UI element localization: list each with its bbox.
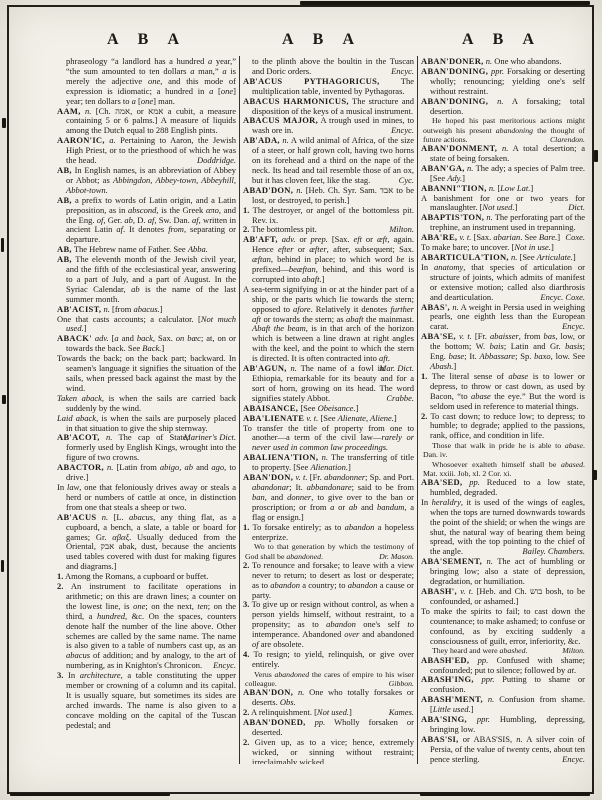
paragraph: 1. The destroyer, or angel of the bottom…: [243, 206, 414, 226]
headword: ABA'SING,: [421, 714, 467, 724]
scan-artifact: [10, 793, 170, 796]
headword: ABAN'DONMENT,: [421, 143, 497, 153]
entry-paragraph: AB'ACUS n. [L. abacus, any thing flat, a…: [57, 513, 236, 572]
entry-paragraph: ABAN'DONING, ppr. Forsaking or deserting…: [421, 67, 585, 97]
headword: ABAN'DONED,: [243, 717, 306, 727]
entry-paragraph: ABAN'DON, v. t. [Fr. abandonner; Sp. and…: [243, 473, 414, 523]
column-1: phraseology “a landlord has a hundred a …: [57, 57, 236, 764]
headword: AB,: [57, 195, 72, 205]
dictionary-page: A B A A B A A B A phraseology “a landlor…: [0, 0, 602, 800]
scan-artifact: [300, 1, 590, 5]
paragraph: To make the spirits to fail; to cast dow…: [421, 607, 585, 647]
paragraph: To transfer the title of property from o…: [243, 424, 414, 454]
entry-paragraph: ABALIENA'TION, n. The transferring of ti…: [243, 453, 414, 473]
entry-paragraph: ABAS'SI, or ABAS'SIS, n. A silver coin o…: [421, 735, 585, 764]
paragraph: Whosoever exalteth himself shall be abas…: [421, 460, 585, 478]
paragraph: 2. Given up, as to a vice; hence, extrem…: [243, 738, 414, 764]
headword: AB'ACUS PYTHAGORICUS,: [243, 76, 380, 86]
entry-paragraph: ABASH'ING, ppr. Putting to shame or conf…: [421, 675, 585, 695]
paragraph: 3. To give up or resign without control,…: [243, 600, 414, 650]
entry-paragraph: AB'ADA, n. A wild animal of Africa, of t…: [243, 136, 414, 186]
citation: Crabbe.: [391, 394, 414, 404]
paragraph: Taken aback, is when the sails are carri…: [57, 394, 236, 414]
headword: AB,: [57, 254, 72, 264]
headword: ABACK': [57, 333, 92, 343]
paragraph: 1. To forsake entirely; as to abandon a …: [243, 523, 414, 543]
headword: ABANNI″TION,: [421, 183, 487, 193]
headword: AB'AGUN,: [243, 363, 287, 373]
paragraph: 2. An instrument to facilitate operation…: [57, 582, 236, 671]
headword: AB'ADA,: [243, 135, 280, 145]
headword: ABAS',: [421, 302, 450, 312]
entry-paragraph: AB, a prefix to words of Latin origin, a…: [57, 196, 236, 246]
citation: Encyc.: [567, 755, 585, 764]
paragraph: 4. To resign; to yield, relinquish, or g…: [243, 650, 414, 670]
paragraph: One that casts accounts; a calculator. […: [57, 315, 236, 335]
headword: ABAISANCE,: [243, 403, 298, 413]
entry-paragraph: ABAN'DONING, n. A forsaking; total deser…: [421, 97, 585, 117]
headword: ABACUS MAJOR,: [243, 115, 318, 125]
headword: ABAN'DON,: [243, 472, 293, 482]
entry-paragraph: AB, The eleventh month of the Jewish civ…: [57, 255, 236, 305]
entry-paragraph: ABAPTIS'TON, n. The perforating part of …: [421, 213, 585, 233]
headword: ABACTOR,: [57, 462, 104, 472]
paragraph: Wo to that generation by which the testi…: [243, 542, 414, 560]
page-header-letters: A B A: [107, 31, 187, 49]
scan-artifact: [594, 150, 598, 162]
entry-paragraph: ABA'SEMENT, n. The act of humbling or br…: [421, 557, 585, 587]
entry-paragraph: AARON'IC, a. Pertaining to Aaron, the Je…: [57, 136, 236, 166]
entry-paragraph: ABA'SED, pp. Reduced to a low state, hum…: [421, 478, 585, 498]
headword: ABASH'ED,: [421, 655, 469, 665]
headword: ABA'SED,: [421, 477, 462, 487]
entry-paragraph: ABASH', v. t. [Heb. and Ch. בוש bosh, to…: [421, 587, 585, 607]
scan-artifact: [1, 238, 4, 252]
paragraph: 2. To renounce and forsake; to leave wit…: [243, 561, 414, 601]
scan-artifact: [2, 395, 6, 404]
paragraph: In anatomy, that species of articulation…: [421, 263, 585, 303]
headword: AB'ACUS: [57, 512, 96, 522]
paragraph: He hoped his past meritorious actions mi…: [421, 116, 585, 144]
headword: AB'ACOT,: [57, 432, 100, 442]
headword: ABA'SEMENT,: [421, 556, 482, 566]
page-header-letters: A B A: [462, 31, 542, 49]
headword: AB'ACIST,: [57, 304, 101, 314]
headword: AB'AFT,: [243, 234, 278, 244]
entry-paragraph: ABASH'MENT, n. Confusion from shame. [Li…: [421, 695, 585, 715]
entry-paragraph: ABAS', n. A weight in Persia used in wei…: [421, 303, 585, 333]
column-divider: [239, 56, 240, 764]
headword: ABASH'MENT,: [421, 694, 483, 704]
headword: AB,: [57, 244, 72, 254]
headword: ABAN'DONER,: [421, 57, 484, 66]
paragraph: In heraldry, it is used of the wings of …: [421, 498, 585, 557]
entry-paragraph: AB, In English names, is an abbreviation…: [57, 166, 236, 196]
headword: ABAN'DONING,: [421, 66, 488, 76]
entry-paragraph: ABACTOR, n. [Latin from abigo, ab and ag…: [57, 463, 236, 483]
entry-paragraph: ABAD'DON, n. [Heb. Ch. Syr. Sam. אבד to …: [243, 186, 414, 206]
scan-artifact: [2, 118, 6, 128]
entry-paragraph: ABAN'DON, n. One who totally forsakes or…: [243, 688, 414, 708]
citation: Coxe.: [570, 233, 585, 243]
paragraph: In law, one that feloniously drives away…: [57, 483, 236, 513]
headword: ABA'SE,: [421, 331, 456, 341]
headword: AARON'IC,: [57, 135, 105, 145]
entry-paragraph: AB'AFT, adv. or prep. [Sax. eft or æft, …: [243, 235, 414, 285]
entry-paragraph: ABACK' adv. [a and back, Sax. on bæc; at…: [57, 334, 236, 354]
headword: ABASH',: [421, 586, 457, 596]
headword: ABA'LIENATE: [243, 413, 304, 423]
scan-artifact: [593, 470, 597, 480]
paragraph: phraseology “a landlord has a hundred a …: [57, 57, 236, 107]
paragraph: 2. To cast down; to reduce low; to depre…: [421, 412, 585, 442]
headword: ABAN'DON,: [243, 687, 293, 697]
headword: ABAN'GA,: [421, 163, 465, 173]
entry-paragraph: ABAN'GA, n. The ady; a species of Palm t…: [421, 164, 585, 184]
scan-artifact: [1, 560, 4, 572]
headword: ABACUS HARMONICUS,: [243, 96, 349, 106]
column-3: ABAN'DONER, n. One who abandons.ABAN'DON…: [421, 57, 585, 764]
paragraph: A banishment for one or two years for ma…: [421, 194, 585, 214]
paragraph: A sea-term signifying in or at the hinde…: [243, 285, 414, 364]
headword: ABAPTIS'TON,: [421, 212, 484, 222]
entry-paragraph: ABAN'DONMENT, n. A total desertion; a st…: [421, 144, 585, 164]
headword: ABAS'SI,: [421, 734, 459, 744]
paragraph: 1. The literal sense of abase is to lowe…: [421, 372, 585, 412]
scan-artifact: [420, 792, 590, 796]
paragraph: to the plinth above the boultin in the T…: [243, 57, 414, 77]
entry-paragraph: ABA'SE, v. t. [Fr. abaisser, from bas, l…: [421, 332, 585, 372]
headword: AAM,: [57, 106, 81, 116]
entry-paragraph: ABA'SING, ppr. Humbling, depressing, bri…: [421, 715, 585, 735]
entry-paragraph: ABAN'DONED, pp. Wholly forsaken or deser…: [243, 718, 414, 738]
column-divider: [417, 56, 418, 764]
paragraph: Those that walk in pride he is able to a…: [421, 441, 585, 459]
entry-paragraph: AAM, n. [Ch. אמה, or אמא a cubit, a meas…: [57, 107, 236, 137]
entry-paragraph: ABACUS HARMONICUS, The structure and dis…: [243, 97, 414, 117]
paragraph: Verus abandoned the cares of empire to h…: [243, 670, 414, 688]
headword: ABAN'DONING,: [421, 96, 488, 106]
page-header-letters: A B A: [282, 31, 362, 49]
entry-paragraph: AB'ACUS PYTHAGORICUS, The multiplication…: [243, 77, 414, 97]
headword: ABARTICULA'TION,: [421, 252, 509, 262]
headword: AB,: [57, 165, 72, 175]
headword: ABA'RE,: [421, 232, 457, 242]
entry-paragraph: ABASH'ED, pp. Confused with shame; confo…: [421, 656, 585, 676]
paragraph: Towards the back; on the back part; back…: [57, 354, 236, 394]
headword: ABASH'ING,: [421, 674, 474, 684]
headword: ABAD'DON,: [243, 185, 293, 195]
paragraph: Laid aback, is when the sails are purpos…: [57, 414, 236, 434]
paragraph: 3. In architecture, a table constituting…: [57, 671, 236, 730]
column-2: to the plinth above the boultin in the T…: [243, 57, 414, 764]
entry-paragraph: ABACUS MAJOR, A trough used in mines, to…: [243, 116, 414, 136]
headword: ABALIENA'TION,: [243, 452, 318, 462]
